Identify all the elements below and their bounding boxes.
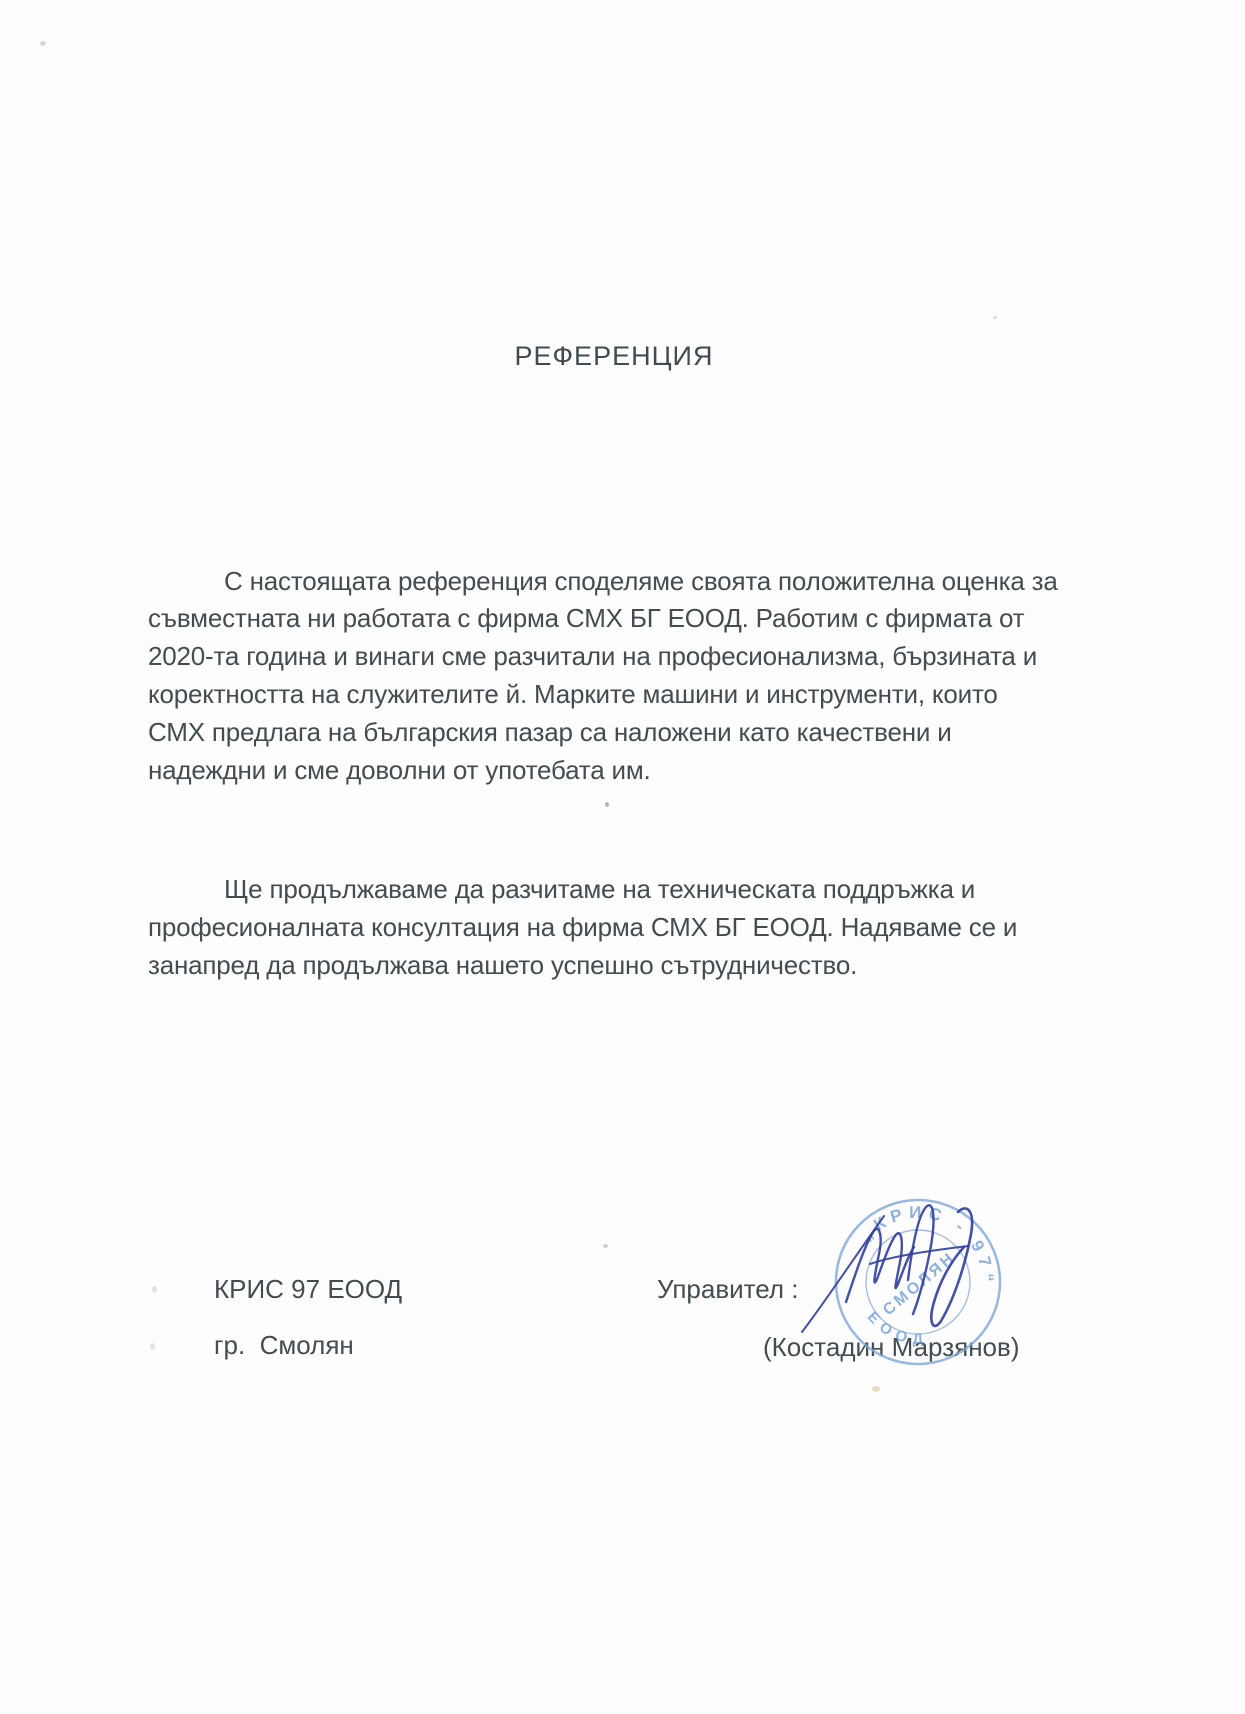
stamp-and-signature-area: „КРИС - 97“ ЕООД СМОЛЯН: [788, 1150, 1048, 1410]
scan-speck: [993, 316, 997, 319]
scan-speck: [152, 1286, 157, 1293]
paragraph1-line: СМХ предлага на българския пазар са нало…: [148, 717, 952, 747]
company-name: КРИС 97 ЕООД: [214, 1274, 402, 1305]
company-city: гр. Смолян: [214, 1330, 354, 1361]
scan-speck: [40, 41, 46, 46]
company-stamp: „КРИС - 97“ ЕООД СМОЛЯН: [811, 1175, 1024, 1388]
paragraph1-line: С настоящата референция споделяме своята…: [224, 566, 1058, 596]
paragraph2-line: професионалната консултация на фирма СМХ…: [148, 912, 1017, 942]
scanned-reference-letter: РЕФЕРЕНЦИЯ С настоящата референция споде…: [0, 0, 1245, 1714]
paragraph2-line: занапред да продължава нашето успешно съ…: [148, 950, 857, 980]
paragraph2-line: Ще продължаваме да разчитаме на техничес…: [224, 874, 975, 904]
paragraph1-line: 2020-та година и винаги сме разчитали на…: [148, 641, 1037, 671]
document-title: РЕФЕРЕНЦИЯ: [148, 341, 1080, 372]
paragraph1-line: надеждни и сме доволни от употебата им.: [148, 755, 651, 785]
role-label: Управител :: [657, 1274, 799, 1305]
paragraph1-line: коректността на служителите й. Марките м…: [148, 679, 998, 709]
scan-speck: [603, 1244, 608, 1248]
scan-speck: [150, 1343, 155, 1350]
paragraph1-line: съвместната ни работата с фирма СМХ БГ Е…: [148, 603, 1024, 633]
scan-speck: [605, 802, 609, 807]
